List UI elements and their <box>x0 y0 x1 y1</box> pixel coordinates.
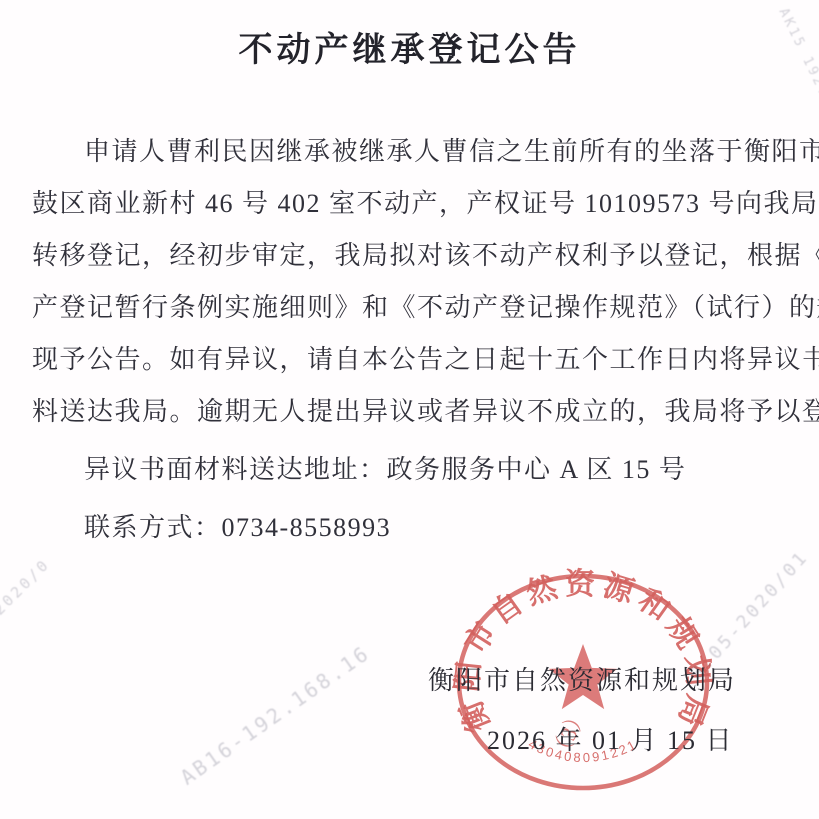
watermark-left-edge: 2020/0 <box>0 555 54 619</box>
paragraph-line: 料送达我局。逾期无人提出异议或者异议不成立的，我局将予以登记。 <box>32 386 792 438</box>
paragraph-line: 鼓区商业新村 46 号 402 室不动产，产权证号 10109573 号向我局申… <box>32 178 792 230</box>
paragraph-line: 现予公告。如有异议，请自本公告之日起十五个工作日内将异议书面材 <box>32 334 792 386</box>
contact-line: 联系方式：0734-8558993 <box>32 502 792 554</box>
address-line: 异议书面材料送达地址：政务服务中心 A 区 15 号 <box>32 444 792 496</box>
watermark-bottom-left: AB16-192.168.16 <box>176 641 375 790</box>
paragraph-line: 转移登记，经初步审定，我局拟对该不动产权利予以登记，根据《不动 <box>32 230 792 282</box>
paragraph-line: 申请人曹利民因继承被继承人曹信之生前所有的坐落于衡阳市石 <box>32 126 792 178</box>
scanned-notice-page: AK15 192.19 2020/0 AB16-192.168.16 8.05-… <box>0 0 819 819</box>
page-title: 不动产继承登记公告 <box>0 22 819 71</box>
issuer-name: 衡阳市自然资源和规划局 <box>428 660 736 697</box>
paragraph-line: 产登记暂行条例实施细则》和《不动产登记操作规范》（试行）的规定， <box>32 282 792 334</box>
body-paragraph: 申请人曹利民因继承被继承人曹信之生前所有的坐落于衡阳市石 鼓区商业新村 46 号… <box>32 126 792 554</box>
issue-date: 2026 年 01 月 15 日 <box>487 720 734 757</box>
